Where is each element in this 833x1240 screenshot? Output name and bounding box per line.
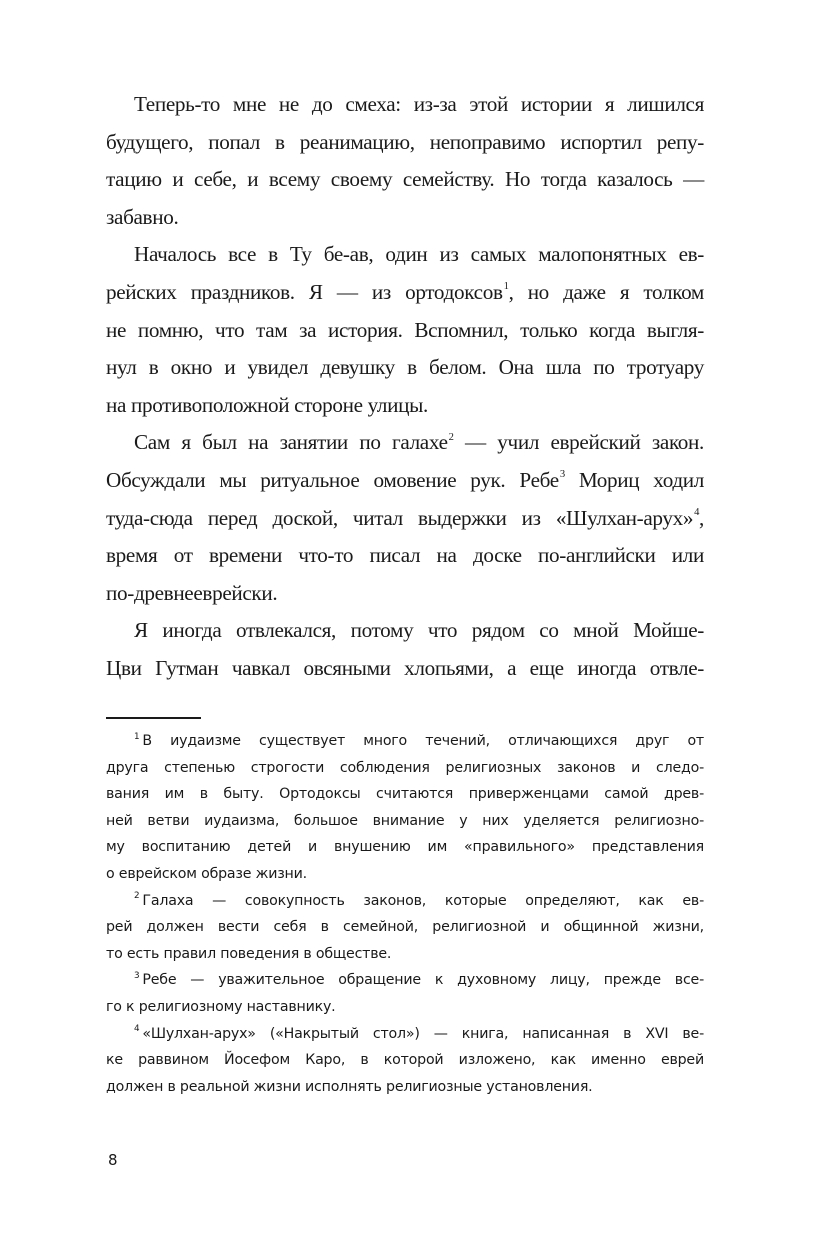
text-fragment: Галаха — совокупность законов, которые о… (142, 893, 704, 909)
text-line: Я иногда отвлекался, потому что рядом со… (106, 612, 704, 650)
text-fragment: рейских праздников. Я — из ортодоксов (106, 280, 503, 304)
footnote-separator (106, 717, 201, 719)
text-line: 1В иудаизме существует много течений, от… (106, 728, 704, 755)
paragraph-1: Теперь-то мне не до смеха: из-за этой ис… (106, 86, 704, 236)
footnote-3: 3Ребе — уважительное обращение к духовно… (106, 967, 704, 1020)
footnote-ref-3[interactable]: 3 (560, 469, 565, 480)
text-line: нул в окно и увидел девушку в белом. Она… (106, 349, 704, 387)
text-line: Обсуждали мы ритуальное омовение рук. Ре… (106, 462, 704, 500)
text-line: го к религиозному наставнику. (106, 994, 704, 1021)
text-line: по-древнееврейски. (106, 575, 704, 613)
text-line: Сам я был на занятии по галахе2 — учил е… (106, 424, 704, 462)
text-fragment: — учил еврейский закон. (454, 430, 704, 454)
text-line: не помню, что там за история. Вспомнил, … (106, 312, 704, 350)
text-line: рей должен вести себя в семейной, религи… (106, 914, 704, 941)
text-fragment: Обсуждали мы ритуальное омовение рук. Ре… (106, 468, 559, 492)
footnotes: 1В иудаизме существует много течений, от… (106, 728, 704, 1100)
text-fragment: В иудаизме существует много течений, отл… (142, 733, 704, 749)
paragraph-3: Сам я был на занятии по галахе2 — учил е… (106, 424, 704, 612)
text-fragment: Ребе — уважительное обращение к духовном… (142, 972, 704, 988)
book-page: Теперь-то мне не до смеха: из-за этой ис… (106, 0, 704, 1240)
footnote-ref-2[interactable]: 2 (449, 432, 454, 443)
text-line: забавно. (106, 199, 704, 237)
text-fragment: «Шулхан-арух» («Накрытый стол») — книга,… (142, 1026, 704, 1042)
text-line: вания им в быту. Ортодоксы считаются при… (106, 781, 704, 808)
footnote-ref-4[interactable]: 4 (694, 507, 699, 518)
text-line: о еврейском образе жизни. (106, 861, 704, 888)
text-fragment: , (699, 506, 704, 530)
text-line: 2Галаха — совокупность законов, которые … (106, 888, 704, 915)
text-line: должен в реальной жизни исполнять религи… (106, 1074, 704, 1101)
footnote-2: 2Галаха — совокупность законов, которые … (106, 888, 704, 968)
paragraph-4: Я иногда отвлекался, потому что рядом со… (106, 612, 704, 687)
footnote-marker: 3 (134, 971, 139, 981)
text-line: му воспитанию детей и внушению им «прави… (106, 834, 704, 861)
footnote-ref-1[interactable]: 1 (504, 281, 509, 292)
text-line: Цви Гутман чавкал овсяными хлопьями, а е… (106, 650, 704, 688)
text-fragment: Сам я был на занятии по галахе (134, 430, 448, 454)
text-fragment: , но даже я толком (509, 280, 704, 304)
paragraph-2: Началось все в Ту бе-ав, один из самых м… (106, 236, 704, 424)
text-line: время от времени что-то писал на доске п… (106, 537, 704, 575)
footnote-1: 1В иудаизме существует много течений, от… (106, 728, 704, 888)
footnote-4: 4«Шулхан-арух» («Накрытый стол») — книга… (106, 1021, 704, 1101)
text-line: Началось все в Ту бе-ав, один из самых м… (106, 236, 704, 274)
text-fragment: Мориц ходил (565, 468, 704, 492)
text-line: друга степенью строгости соблюдения рели… (106, 755, 704, 782)
text-line: Теперь-то мне не до смеха: из-за этой ис… (106, 86, 704, 124)
text-line: то есть правил поведения в обществе. (106, 941, 704, 968)
footnote-marker: 4 (134, 1024, 139, 1034)
text-line: ней ветви иудаизма, большое внимание у н… (106, 808, 704, 835)
page-number: 8 (108, 1150, 118, 1170)
text-line: рейских праздников. Я — из ортодоксов1, … (106, 274, 704, 312)
footnote-marker: 2 (134, 891, 139, 901)
text-line: будущего, попал в реанимацию, непоправим… (106, 124, 704, 162)
footnote-marker: 1 (134, 732, 139, 742)
text-line: 4«Шулхан-арух» («Накрытый стол») — книга… (106, 1021, 704, 1048)
text-line: 3Ребе — уважительное обращение к духовно… (106, 967, 704, 994)
text-line: ке раввином Йосефом Каро, в которой изло… (106, 1047, 704, 1074)
text-line: на противоположной стороне улицы. (106, 387, 704, 425)
main-text: Теперь-то мне не до смеха: из-за этой ис… (106, 86, 704, 688)
text-fragment: туда-сюда перед доской, читал выдержки и… (106, 506, 693, 530)
text-line: туда-сюда перед доской, читал выдержки и… (106, 500, 704, 538)
text-line: тацию и себе, и всему своему семейству. … (106, 161, 704, 199)
